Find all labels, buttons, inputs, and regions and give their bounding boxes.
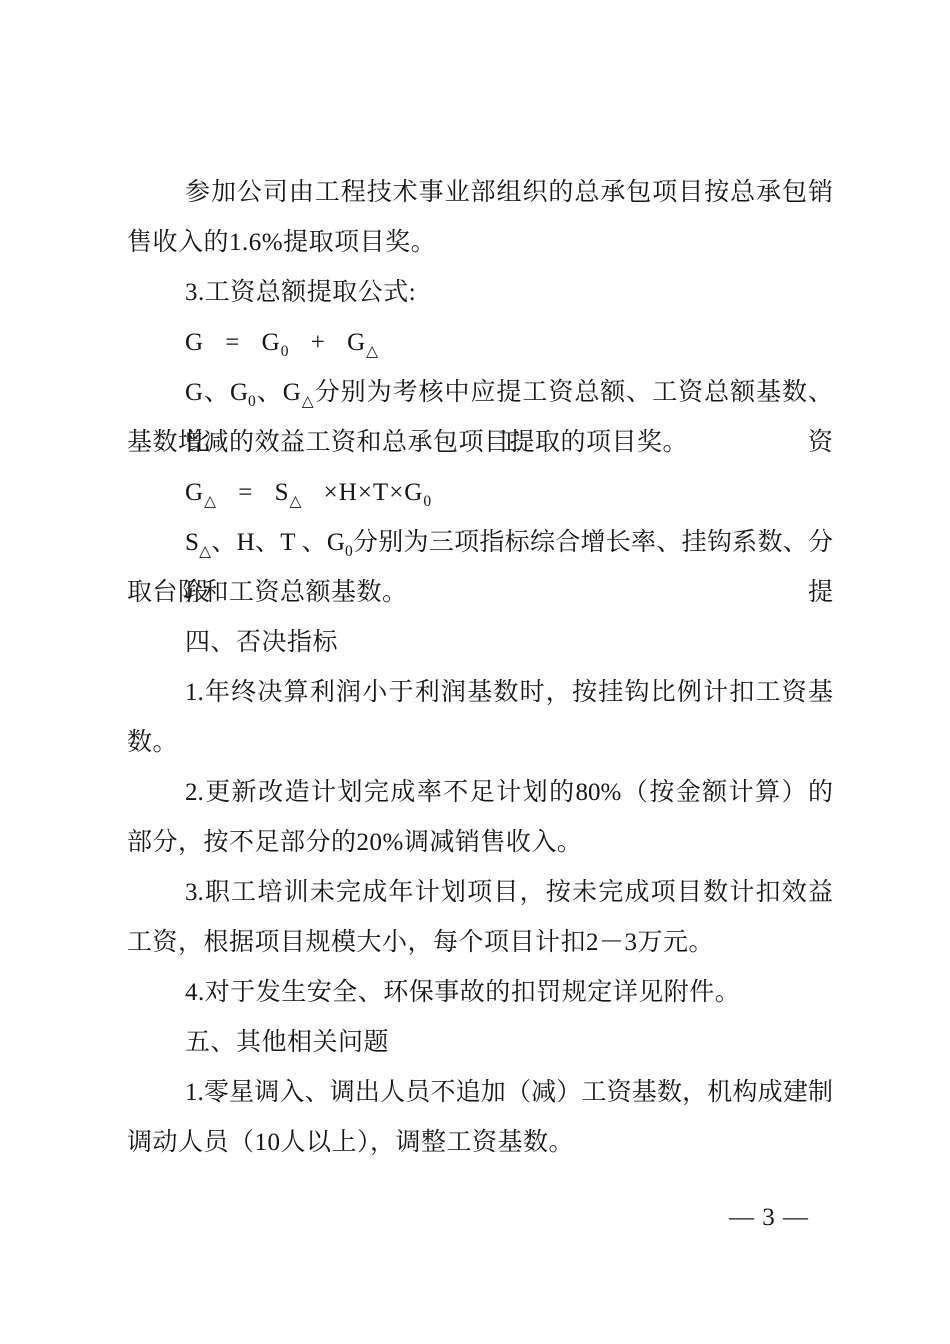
text-line: G = G0 + G△ <box>127 318 833 368</box>
text-line: 4.对于发生安全、环保事故的扣罚规定详见附件。 <box>127 968 833 1018</box>
text-line: 部分，按不足部分的20%调减销售收入。 <box>127 818 833 868</box>
document-page: 参加公司由工程技术事业部组织的总承包项目按总承包销售收入的1.6%提取项目奖。3… <box>0 0 950 1344</box>
text-line: 数。 <box>127 718 833 768</box>
text-line: 工资，根据项目规模大小，每个项目计扣2－3万元。 <box>127 918 833 968</box>
text-line: 四、否决指标 <box>127 618 833 668</box>
text-line: 1.年终决算利润小于利润基数时，按挂钩比例计扣工资基 <box>127 668 833 718</box>
text-line: 售收入的1.6%提取项目奖。 <box>127 218 833 268</box>
text-line: G、G0、G△分别为考核中应提工资总额、工资总额基数、比工资 <box>127 368 833 418</box>
text-line: 3.工资总额提取公式: <box>127 268 833 318</box>
page-number: — 3 — <box>127 1204 833 1232</box>
text-line: 参加公司由工程技术事业部组织的总承包项目按总承包销 <box>127 168 833 218</box>
document-body: 参加公司由工程技术事业部组织的总承包项目按总承包销售收入的1.6%提取项目奖。3… <box>127 168 833 1168</box>
text-line: 调动人员（10人以上），调整工资基数。 <box>127 1118 833 1168</box>
text-line: S△、H、T 、G0分别为三项指标综合增长率、挂钩系数、分段提 <box>127 518 833 568</box>
text-line: 3.职工培训未完成年计划项目，按未完成项目数计扣效益 <box>127 868 833 918</box>
text-line: 2.更新改造计划完成率不足计划的80%（按金额计算）的 <box>127 768 833 818</box>
text-line: G△ = S△ ×H×T×G0 <box>127 468 833 518</box>
text-line: 五、其他相关问题 <box>127 1018 833 1068</box>
text-line: 1.零星调入、调出人员不追加（减）工资基数，机构成建制 <box>127 1068 833 1118</box>
